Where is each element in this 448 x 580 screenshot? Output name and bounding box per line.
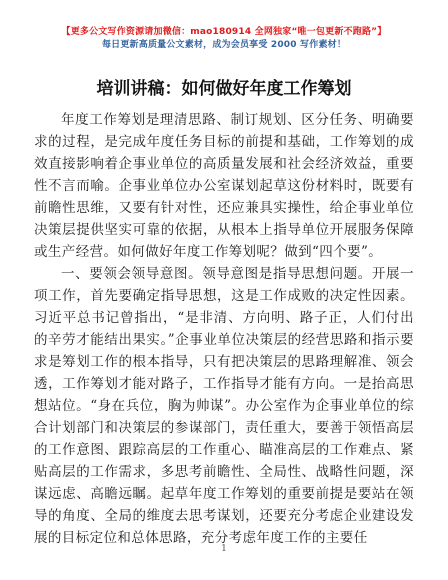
page-number: 1 xyxy=(0,544,448,554)
promo-line-red: 【更多公文写作资源请加微信：mao180914 全网独家“唯一包更新不跑路”】 xyxy=(0,26,448,39)
document-body: 年度工作筹划是理清思路、制订规划、区分任务、明确要求的过程，是完成年度任务目标的… xyxy=(34,109,414,549)
document-page: 【更多公文写作资源请加微信：mao180914 全网独家“唯一包更新不跑路”】 … xyxy=(0,0,448,580)
promo-header: 【更多公文写作资源请加微信：mao180914 全网独家“唯一包更新不跑路”】 … xyxy=(0,0,448,52)
document-title: 培训讲稿：如何做好年度工作筹划 xyxy=(34,78,414,100)
paragraph-intro: 年度工作筹划是理清思路、制订规划、区分任务、明确要求的过程，是完成年度任务目标的… xyxy=(34,109,414,263)
promo-line-blue: 每日更新高质量公文素材，成为会员享受 2000 写作素材！ xyxy=(0,39,448,52)
paragraph-section-one: 一、要领会领导意图。领导意图是指导思想问题。开展一项工作，首先要确定指导思想，这… xyxy=(34,263,414,549)
